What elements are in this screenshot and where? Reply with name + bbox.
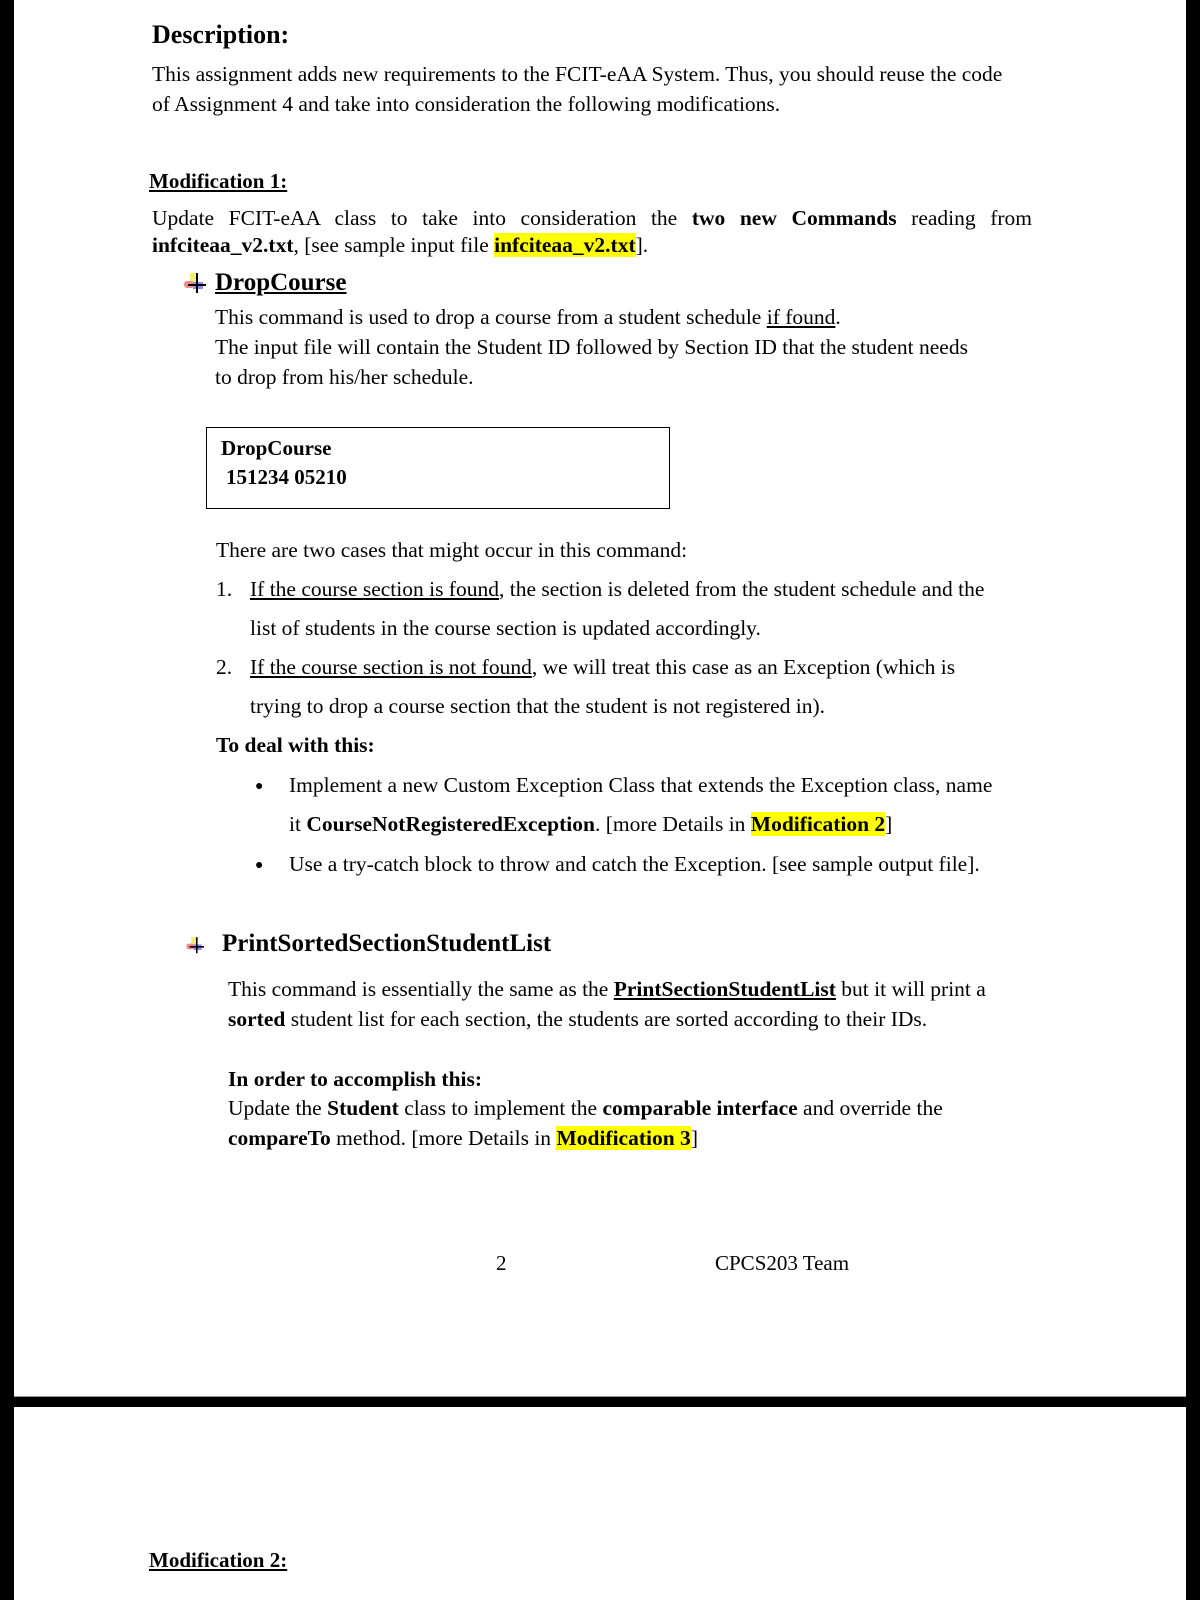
accomplish-text: Update the Student class to implement th… bbox=[228, 1093, 943, 1153]
modification-1-heading: Modification 1: bbox=[149, 169, 287, 194]
bullet-item-1: Implement a new Custom Exception Class t… bbox=[289, 773, 992, 798]
dropcourse-title: DropCourse bbox=[215, 269, 346, 297]
dropcourse-description: This command is used to drop a course fr… bbox=[215, 302, 968, 392]
bullet-item-2: Use a try-catch block to throw and catch… bbox=[289, 852, 980, 877]
case-item-1: 1. If the course section is found, the s… bbox=[216, 577, 232, 602]
document-page-1: Description: This assignment adds new re… bbox=[14, 0, 1186, 1397]
input-file-link[interactable]: infciteaa_v2.txt bbox=[494, 233, 636, 257]
document-page-2: Modification 2: bbox=[14, 1407, 1186, 1600]
bullet-icon: ● bbox=[255, 779, 263, 795]
case-item-1-cont: list of students in the course section i… bbox=[250, 616, 761, 641]
sample-input-box: DropCourse 151234 05210 bbox=[206, 427, 670, 509]
arrow-bullet-icon bbox=[184, 273, 208, 295]
footer-team: CPCS203 Team bbox=[715, 1251, 849, 1276]
description-heading: Description: bbox=[152, 20, 289, 50]
bullet-item-1-cont: it CourseNotRegisteredException. [more D… bbox=[289, 812, 892, 837]
case-item-2-cont: trying to drop a course section that the… bbox=[250, 694, 825, 719]
description-paragraph: This assignment adds new requirements to… bbox=[152, 59, 1032, 119]
print-sorted-description: This command is essentially the same as … bbox=[228, 974, 986, 1034]
modification-2-link[interactable]: Modification 2 bbox=[751, 812, 885, 836]
print-sorted-title: PrintSortedSectionStudentList bbox=[222, 930, 551, 958]
accomplish-heading: In order to accomplish this: bbox=[228, 1064, 482, 1094]
modification-3-link[interactable]: Modification 3 bbox=[556, 1126, 690, 1150]
modification-2-heading: Modification 2: bbox=[149, 1548, 287, 1573]
modification-1-intro: Update FCIT-eAA class to take into consi… bbox=[152, 205, 1032, 259]
page-number: 2 bbox=[496, 1251, 507, 1276]
sample-command: DropCourse bbox=[221, 436, 331, 461]
cases-intro: There are two cases that might occur in … bbox=[216, 538, 687, 563]
deal-heading: To deal with this: bbox=[216, 733, 375, 758]
arrow-bullet-icon bbox=[186, 937, 205, 955]
case-item-2: 2. If the course section is not found, w… bbox=[216, 655, 232, 680]
sample-values: 151234 05210 bbox=[226, 465, 347, 490]
bullet-icon: ● bbox=[255, 858, 263, 874]
